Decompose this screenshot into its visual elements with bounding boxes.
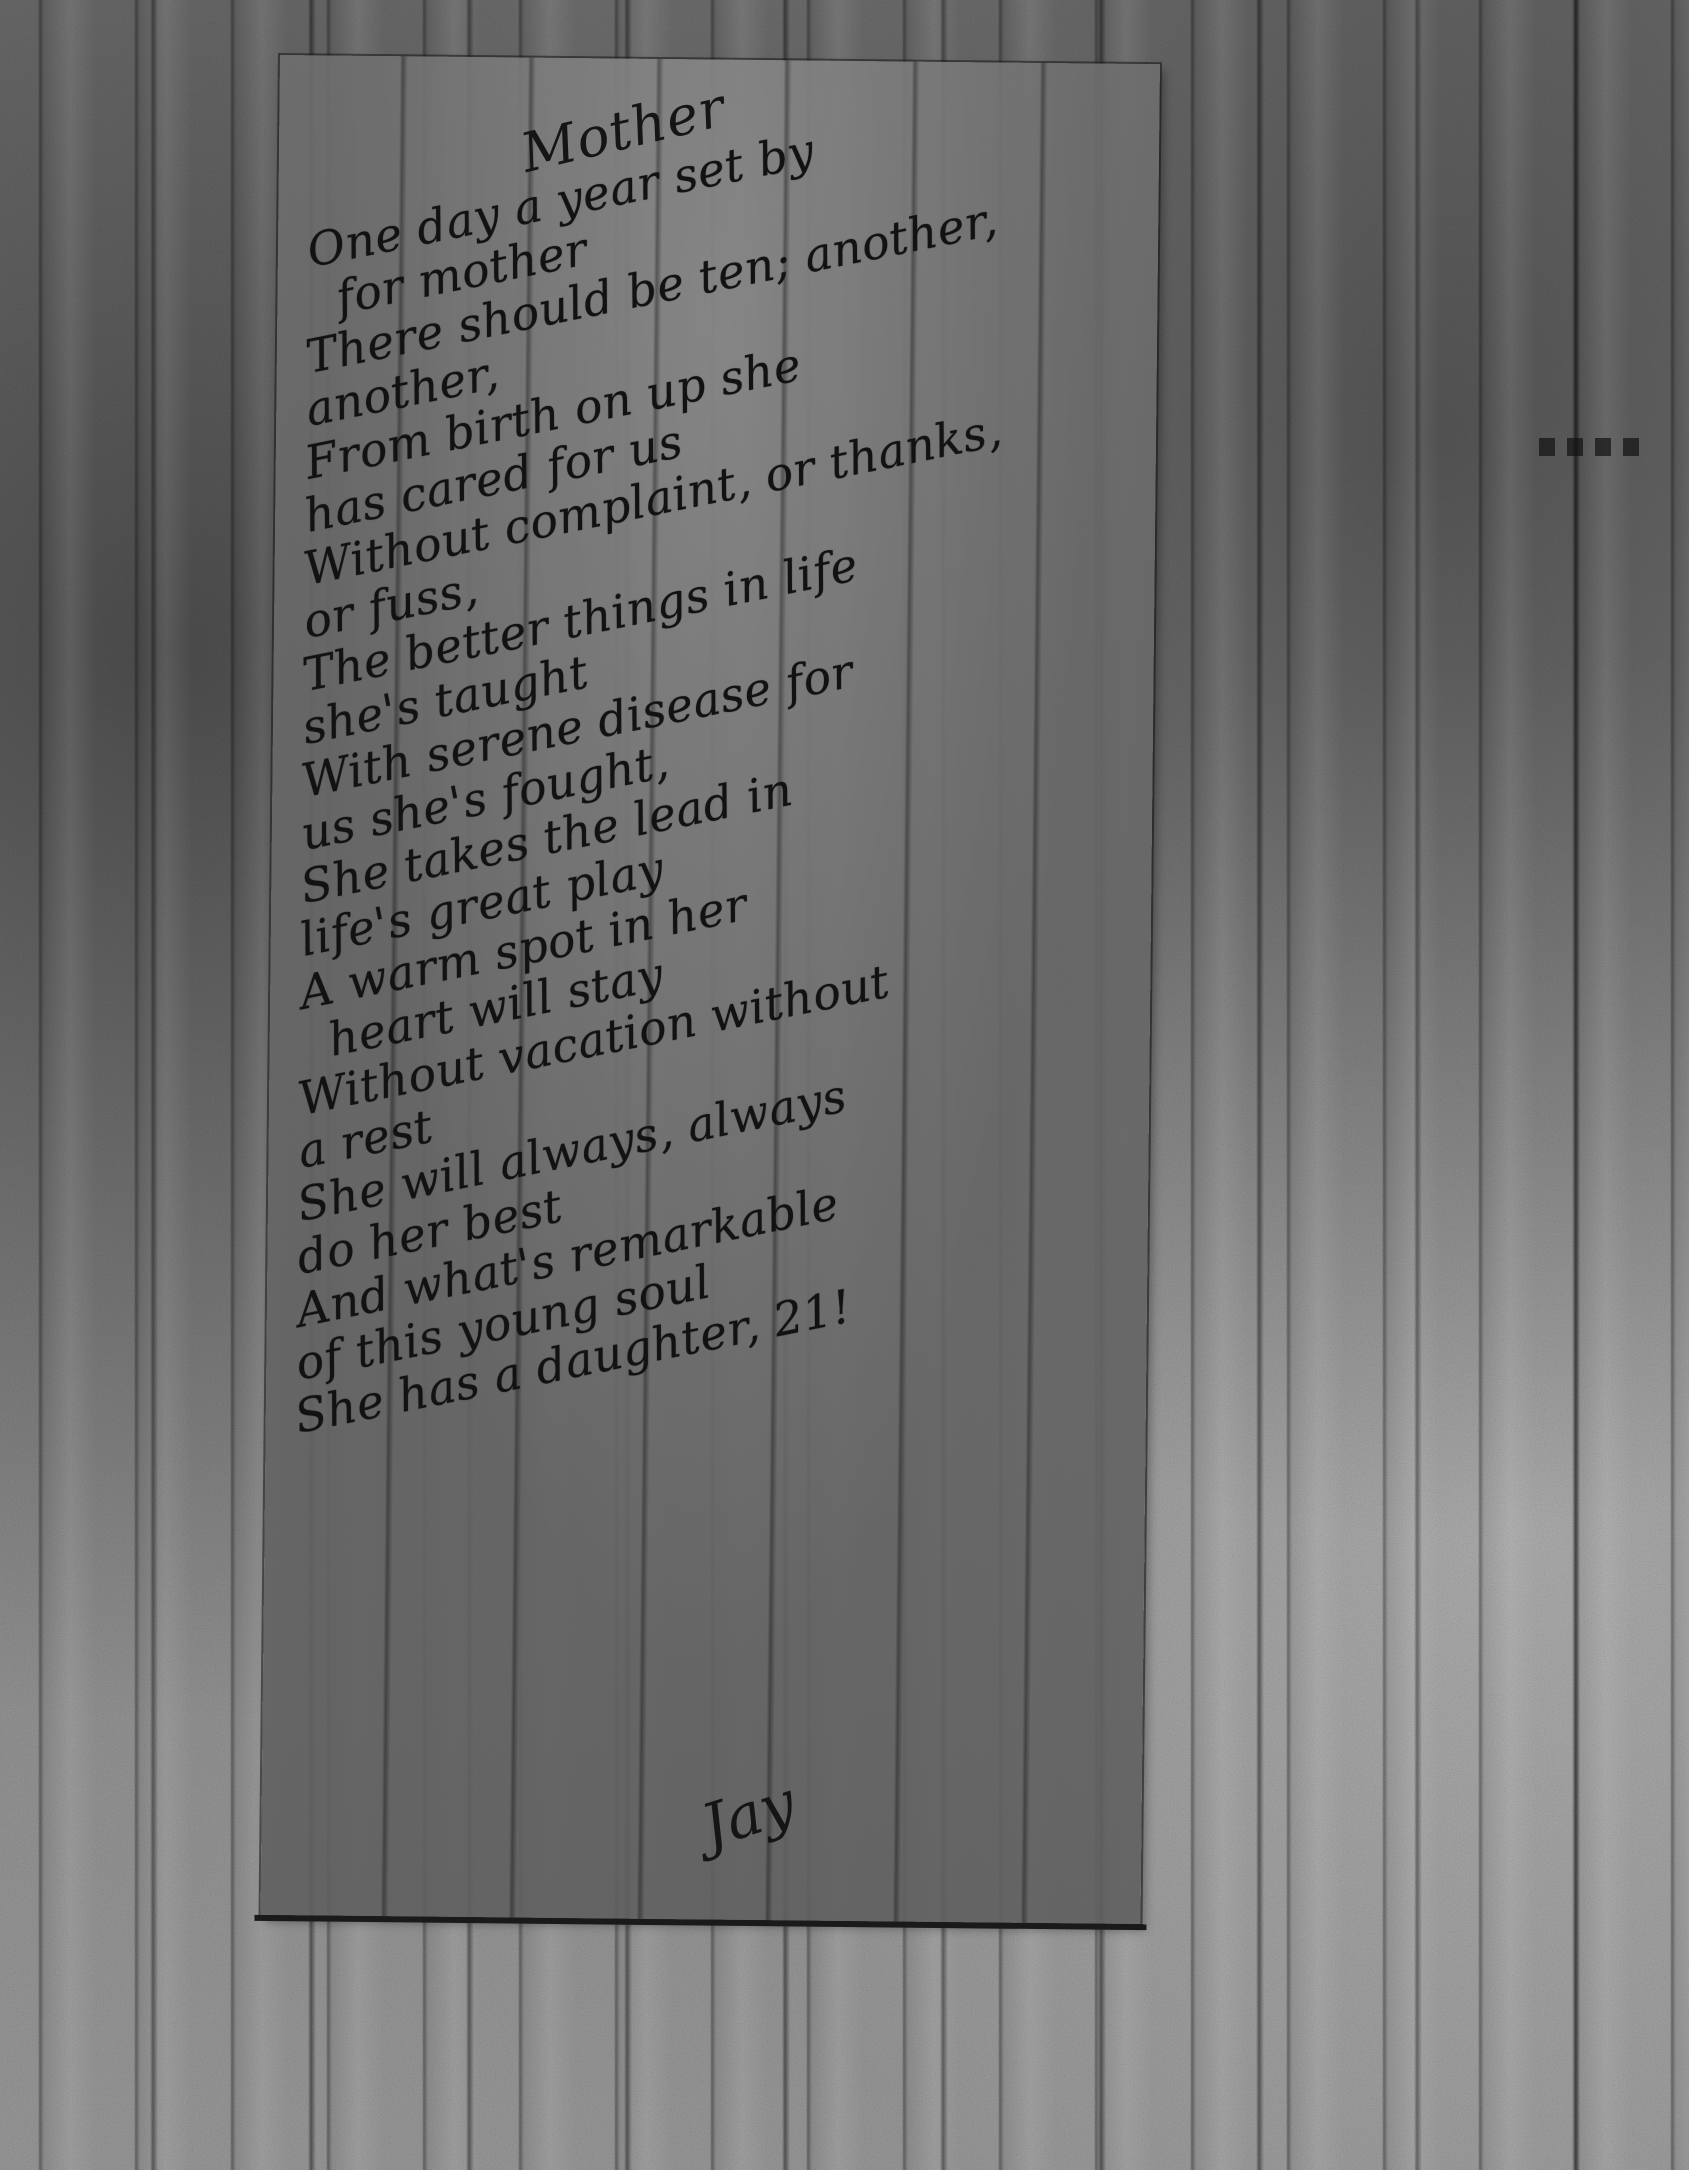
scanned-page: Mother One day a year set by for mother … [0,0,1689,2170]
poem-lines: One day a year set by for mother There s… [295,225,1148,1453]
paper-sheet: Mother One day a year set by for mother … [261,55,1160,1924]
signature: Jay [693,1768,803,1863]
scan-artifact [1539,438,1649,456]
